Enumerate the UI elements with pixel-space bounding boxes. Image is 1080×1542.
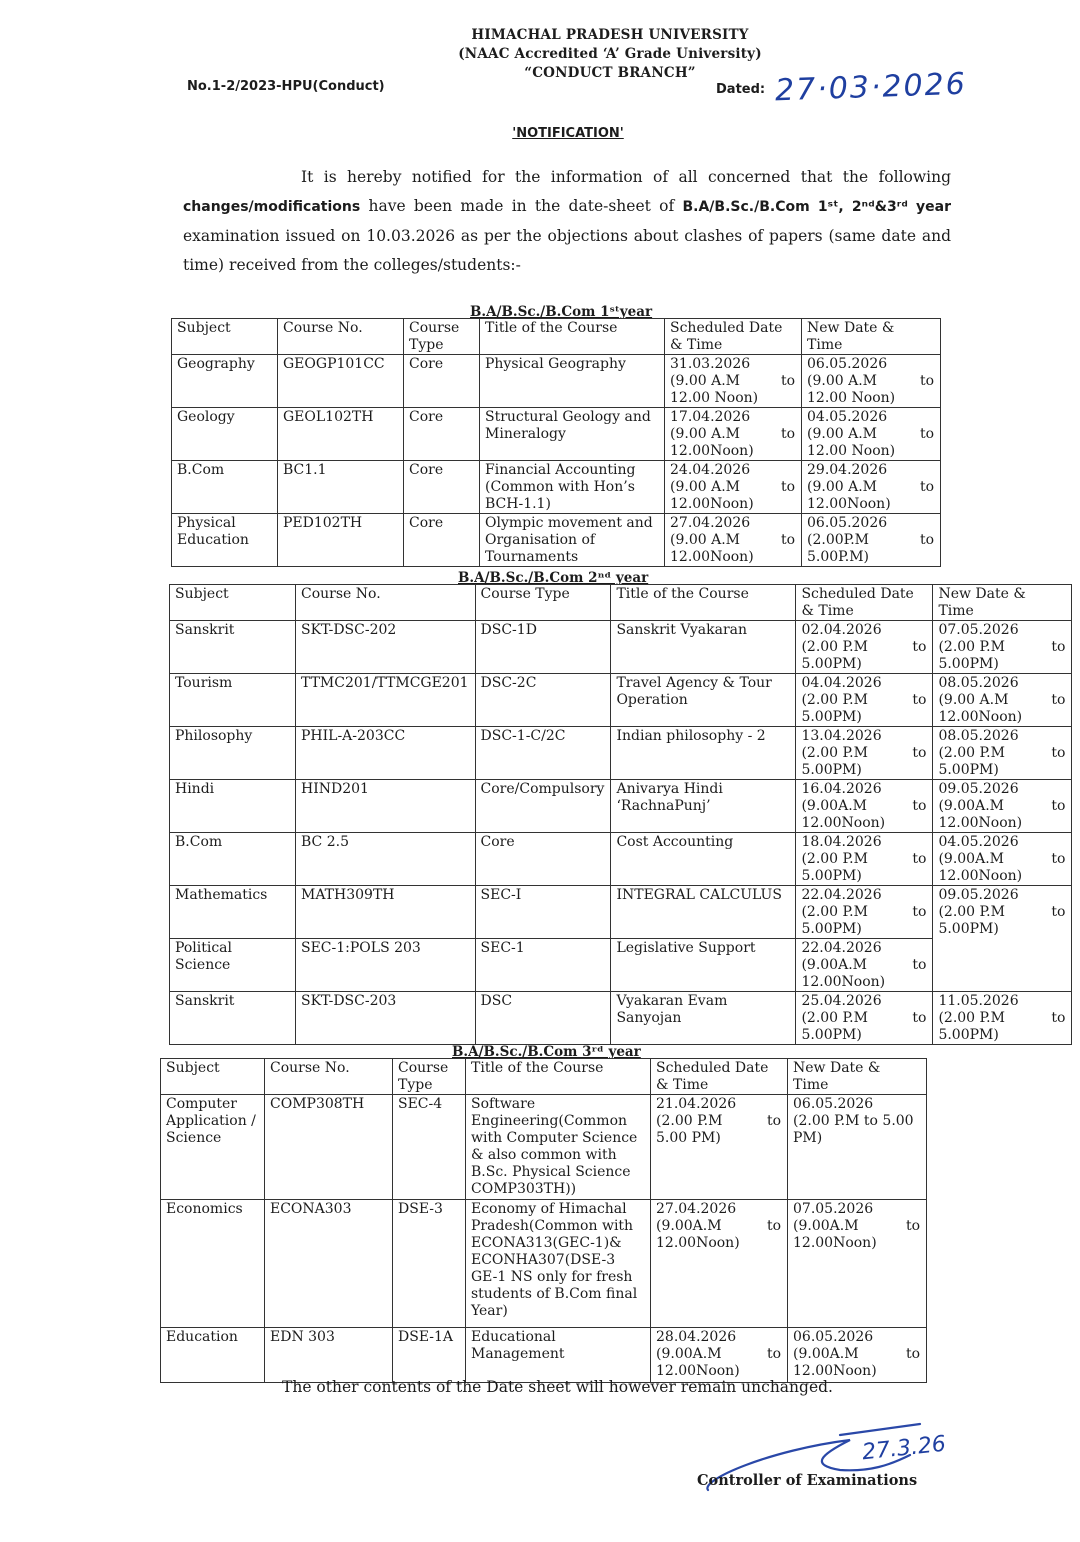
new-date-cell: 08.05.2026(2.00 P.Mto5.00PM)	[933, 727, 1072, 780]
course-title-cell: Physical Geography	[480, 355, 665, 408]
course-title-cell: Software Engineering(Common with Compute…	[466, 1095, 651, 1200]
subject-cell: Computer Application / Science	[161, 1095, 265, 1200]
date-value: 31.03.2026	[670, 356, 795, 373]
course-title-cell: Anivarya Hindi ‘RachnaPunj’	[611, 780, 796, 833]
new-date-cell: 11.05.2026(2.00 P.Mto5.00PM)	[933, 992, 1072, 1045]
course-type-cell: DSE-1A	[393, 1328, 466, 1383]
time-end: 12.00Noon)	[670, 443, 795, 460]
time-range: (9.00 A.Mto	[807, 426, 934, 443]
time-range: (2.00P.Mto	[807, 532, 934, 549]
course-type-cell: DSE-3	[393, 1200, 466, 1328]
column-header: New Date & Time	[933, 585, 1072, 621]
course-title-cell: Financial Accounting (Common with Hon’s …	[480, 461, 665, 514]
subject-cell: B.Com	[172, 461, 278, 514]
signatory-designation: Controller of Examinations	[697, 1472, 917, 1489]
table-row: GeologyGEOL102THCoreStructural Geology a…	[172, 408, 941, 461]
course-no-cell: SKT-DSC-202	[296, 621, 476, 674]
time-end: 12.00Noon)	[793, 1235, 920, 1252]
date-value: 09.05.2026	[938, 887, 1065, 904]
footer-note: The other contents of the Date sheet wil…	[282, 1378, 833, 1396]
time-end: 12.00Noon)	[807, 496, 934, 513]
scheduled-date-cell: 24.04.2026(9.00 A.Mto12.00Noon)	[665, 461, 802, 514]
new-date-cell: 29.04.2026(9.00 A.Mto12.00Noon)	[802, 461, 941, 514]
accreditation: (NAAC Accredited ‘A’ Grade University)	[140, 45, 1080, 64]
time-end: 5.00P.M)	[807, 549, 934, 566]
new-date-cell: 06.05.2026(2.00P.Mto5.00P.M)	[802, 514, 941, 567]
scheduled-date-cell: 13.04.2026(2.00 P.Mto5.00PM)	[796, 727, 933, 780]
time-range: (2.00 P.Mto	[801, 745, 926, 762]
date-value: 22.04.2026	[801, 940, 926, 957]
time-end: 12.00 Noon)	[807, 443, 934, 460]
new-date-cell: 08.05.2026(9.00 A.Mto12.00Noon)	[933, 674, 1072, 727]
course-no-cell: GEOL102TH	[278, 408, 404, 461]
course-no-cell: PED102TH	[278, 514, 404, 567]
scheduled-date-cell: 27.04.2026(9.00 A.Mto12.00Noon)	[665, 514, 802, 567]
date-value: 07.05.2026	[793, 1201, 920, 1218]
date-value: 21.04.2026	[656, 1096, 781, 1113]
date-sheet-table: SubjectCourse No.Course TypeTitle of the…	[160, 1058, 927, 1383]
date-value: 06.05.2026	[793, 1329, 920, 1346]
subject-cell: Hindi	[170, 780, 296, 833]
new-date-cell: 06.05.2026(2.00 P.M to 5.00 PM)	[788, 1095, 927, 1200]
new-date-cell: 09.05.2026(9.00A.Mto12.00Noon)	[933, 780, 1072, 833]
time-range: (9.00A.Mto	[801, 957, 926, 974]
time-range: (9.00 A.Mto	[807, 479, 934, 496]
date-value: 29.04.2026	[807, 462, 934, 479]
new-date-cell: 09.05.2026(2.00 P.Mto5.00PM)	[933, 886, 1072, 992]
course-type-cell: DSC-2C	[475, 674, 611, 727]
date-value: 06.05.2026	[793, 1096, 920, 1113]
date-sheet-table: SubjectCourse No.Course TypeTitle of the…	[171, 318, 941, 567]
time-end: 12.00Noon)	[656, 1235, 781, 1252]
course-type-cell: DSC-1D	[475, 621, 611, 674]
time-range: (9.00A.Mto	[793, 1218, 920, 1235]
table-row: Computer Application / ScienceCOMP308THS…	[161, 1095, 927, 1200]
course-title-cell: Indian philosophy - 2	[611, 727, 796, 780]
time-range: (9.00A.Mto	[656, 1346, 781, 1363]
time-end: 12.00Noon)	[670, 549, 795, 566]
notification-title: 'NOTIFICATION'	[0, 126, 1080, 141]
column-header: Subject	[161, 1059, 265, 1095]
scheduled-date-cell: 16.04.2026(9.00A.Mto12.00Noon)	[796, 780, 933, 833]
time-range: (9.00 A.Mto	[670, 426, 795, 443]
column-header: Course Type	[393, 1059, 466, 1095]
time-range: (2.00 P.Mto	[938, 745, 1065, 762]
course-title-cell: Educational Management	[466, 1328, 651, 1383]
new-date-cell: 07.05.2026(2.00 P.Mto5.00PM)	[933, 621, 1072, 674]
intro-paragraph: It is hereby notified for the informatio…	[183, 163, 951, 280]
course-title-cell: Travel Agency & Tour Operation	[611, 674, 796, 727]
time-range: (2.00 P.Mto	[801, 904, 926, 921]
subject-cell: Sanskrit	[170, 621, 296, 674]
column-header: Scheduled Date & Time	[651, 1059, 788, 1095]
time-range: (2.00 P.Mto	[801, 639, 926, 656]
column-header: Subject	[170, 585, 296, 621]
column-header: New Date & Time	[802, 319, 941, 355]
time-end: 5.00PM)	[801, 868, 926, 885]
time-end: 12.00Noon)	[938, 815, 1065, 832]
time-end: 5.00PM)	[801, 921, 926, 938]
column-header: Course Type	[404, 319, 480, 355]
time-range: (9.00 A.Mto	[670, 532, 795, 549]
time-range: (2.00 P.Mto	[938, 1010, 1065, 1027]
time-end: 12.00Noon)	[938, 709, 1065, 726]
table-row: GeographyGEOGP101CCCorePhysical Geograph…	[172, 355, 941, 408]
course-no-cell: PHIL-A-203CC	[296, 727, 476, 780]
column-header: Scheduled Date & Time	[796, 585, 933, 621]
date-value: 27.04.2026	[670, 515, 795, 532]
course-type-cell: Core	[404, 514, 480, 567]
course-no-cell: SKT-DSC-203	[296, 992, 476, 1045]
date-value: 27.04.2026	[656, 1201, 781, 1218]
date-value: 09.05.2026	[938, 781, 1065, 798]
column-header: Subject	[172, 319, 278, 355]
university-name: HIMACHAL PRADESH UNIVERSITY	[140, 26, 1080, 45]
course-type-cell: DSC-1-C/2C	[475, 727, 611, 780]
date-value: 06.05.2026	[807, 356, 934, 373]
time-end: 5.00PM)	[801, 709, 926, 726]
course-no-cell: TTMC201/TTMCGE201	[296, 674, 476, 727]
column-header: Course No.	[265, 1059, 393, 1095]
course-title-cell: Sanskrit Vyakaran	[611, 621, 796, 674]
subject-cell: Education	[161, 1328, 265, 1383]
course-type-cell: Core	[404, 461, 480, 514]
column-header: Course No.	[296, 585, 476, 621]
scheduled-date-cell: 18.04.2026(2.00 P.Mto5.00PM)	[796, 833, 933, 886]
intro-text: have been made in the date-sheet of	[360, 197, 682, 215]
time-end: 12.00 Noon)	[807, 390, 934, 407]
subject-cell: Economics	[161, 1200, 265, 1328]
column-header: Scheduled Date & Time	[665, 319, 802, 355]
course-title-cell: INTEGRAL CALCULUS	[611, 886, 796, 939]
new-date-cell: 04.05.2026(9.00 A.Mto12.00 Noon)	[802, 408, 941, 461]
course-no-cell: HIND201	[296, 780, 476, 833]
course-title-cell: Vyakaran Evam Sanyojan	[611, 992, 796, 1045]
subject-cell: Political Science	[170, 939, 296, 992]
date-value: 04.05.2026	[938, 834, 1065, 851]
time-end: 5.00PM)	[938, 656, 1065, 673]
date-value: 08.05.2026	[938, 728, 1065, 745]
date-value: 18.04.2026	[801, 834, 926, 851]
table-row: Physical EducationPED102THCoreOlympic mo…	[172, 514, 941, 567]
time-end: 5.00PM)	[801, 1027, 926, 1044]
date-value: 24.04.2026	[670, 462, 795, 479]
new-date-cell: 06.05.2026(9.00 A.Mto12.00 Noon)	[802, 355, 941, 408]
time-end: 12.00Noon)	[938, 868, 1065, 885]
time-range: (9.00A.Mto	[938, 798, 1065, 815]
course-type-cell: SEC-1	[475, 939, 611, 992]
course-type-cell: SEC-4	[393, 1095, 466, 1200]
table-row: TourismTTMC201/TTMCGE201DSC-2CTravel Age…	[170, 674, 1072, 727]
table-row: B.ComBC 2.5CoreCost Accounting18.04.2026…	[170, 833, 1072, 886]
course-title-cell: Legislative Support	[611, 939, 796, 992]
subject-cell: Tourism	[170, 674, 296, 727]
time-range: (2.00 P.Mto	[801, 851, 926, 868]
course-title-cell: Olympic movement and Organisation of Tou…	[480, 514, 665, 567]
time-end: 12.00Noon)	[670, 496, 795, 513]
table-row: EducationEDN 303DSE-1AEducational Manage…	[161, 1328, 927, 1383]
handwritten-date: 27·03·2026	[774, 67, 967, 109]
time-range: (9.00A.Mto	[938, 851, 1065, 868]
subject-cell: Philosophy	[170, 727, 296, 780]
date-value: 02.04.2026	[801, 622, 926, 639]
date-value: 11.05.2026	[938, 993, 1065, 1010]
time-end: 5.00PM)	[938, 921, 1065, 938]
table-header-row: SubjectCourse No.Course TypeTitle of the…	[172, 319, 941, 355]
date-value: 17.04.2026	[670, 409, 795, 426]
date-value: 04.05.2026	[807, 409, 934, 426]
course-no-cell: BC1.1	[278, 461, 404, 514]
column-header: Title of the Course	[480, 319, 665, 355]
intro-bold: B.A/B.Sc./B.Com 1ˢᵗ, 2ⁿᵈ&3ʳᵈ year	[682, 199, 951, 215]
time-range: (9.00 A.Mto	[938, 692, 1065, 709]
course-no-cell: GEOGP101CC	[278, 355, 404, 408]
intro-text: examination issued on 10.03.2026 as per …	[183, 227, 951, 274]
course-type-cell: Core/Compulsory	[475, 780, 611, 833]
time-end: 5.00PM)	[938, 1027, 1065, 1044]
table-row: SanskritSKT-DSC-202DSC-1DSanskrit Vyakar…	[170, 621, 1072, 674]
scheduled-date-cell: 28.04.2026(9.00A.Mto12.00Noon)	[651, 1328, 788, 1383]
column-header: New Date & Time	[788, 1059, 927, 1095]
time-end: 5.00PM)	[801, 656, 926, 673]
scheduled-date-cell: 31.03.2026(9.00 A.Mto12.00 Noon)	[665, 355, 802, 408]
time-end: 5.00PM)	[938, 762, 1065, 779]
course-type-cell: Core	[404, 408, 480, 461]
subject-cell: Mathematics	[170, 886, 296, 939]
date-value: 16.04.2026	[801, 781, 926, 798]
course-no-cell: EDN 303	[265, 1328, 393, 1383]
date-value: 07.05.2026	[938, 622, 1065, 639]
date-value: 22.04.2026	[801, 887, 926, 904]
time-range: (9.00A.Mto	[793, 1346, 920, 1363]
time-end: 12.00 Noon)	[670, 390, 795, 407]
time-end: 12.00Noon)	[801, 974, 926, 991]
new-date-cell: 06.05.2026(9.00A.Mto12.00Noon)	[788, 1328, 927, 1383]
column-header: Course No.	[278, 319, 404, 355]
time-range: (2.00 P.Mto	[801, 692, 926, 709]
table-row: MathematicsMATH309THSEC-IINTEGRAL CALCUL…	[170, 886, 1072, 939]
subject-cell: Sanskrit	[170, 992, 296, 1045]
scheduled-date-cell: 17.04.2026(9.00 A.Mto12.00Noon)	[665, 408, 802, 461]
course-type-cell: DSC	[475, 992, 611, 1045]
table-row: PhilosophyPHIL-A-203CCDSC-1-C/2CIndian p…	[170, 727, 1072, 780]
time-range: (9.00 A.Mto	[807, 373, 934, 390]
scheduled-date-cell: 22.04.2026(2.00 P.Mto5.00PM)	[796, 886, 933, 939]
intro-bold: changes/modifications	[183, 199, 360, 215]
reference-number: No.1-2/2023-HPU(Conduct)	[187, 79, 385, 94]
time-end: 5.00PM)	[801, 762, 926, 779]
date-value: 06.05.2026	[807, 515, 934, 532]
time-range: (2.00 P.Mto	[656, 1113, 781, 1130]
date-value: 28.04.2026	[656, 1329, 781, 1346]
time-range: (9.00 A.Mto	[670, 479, 795, 496]
subject-cell: B.Com	[170, 833, 296, 886]
course-no-cell: ECONA303	[265, 1200, 393, 1328]
table-row: EconomicsECONA303DSE-3Economy of Himacha…	[161, 1200, 927, 1328]
scheduled-date-cell: 21.04.2026(2.00 P.Mto5.00 PM)	[651, 1095, 788, 1200]
date-value: 13.04.2026	[801, 728, 926, 745]
course-title-cell: Structural Geology and Mineralogy	[480, 408, 665, 461]
new-date-cell: 07.05.2026(9.00A.Mto12.00Noon)	[788, 1200, 927, 1328]
table-row: SanskritSKT-DSC-203DSCVyakaran Evam Sany…	[170, 992, 1072, 1045]
date-value: 08.05.2026	[938, 675, 1065, 692]
subject-cell: Physical Education	[172, 514, 278, 567]
time-range: (2.00 P.M to 5.00 PM)	[793, 1113, 920, 1147]
scheduled-date-cell: 22.04.2026(9.00A.Mto12.00Noon)	[796, 939, 933, 992]
time-range: (9.00A.Mto	[656, 1218, 781, 1235]
table-header-row: SubjectCourse No.Course TypeTitle of the…	[161, 1059, 927, 1095]
table-row: B.ComBC1.1CoreFinancial Accounting (Comm…	[172, 461, 941, 514]
date-value: 25.04.2026	[801, 993, 926, 1010]
date-sheet-table: SubjectCourse No.Course TypeTitle of the…	[169, 584, 1072, 1045]
course-type-cell: SEC-I	[475, 886, 611, 939]
course-no-cell: SEC-1:POLS 203	[296, 939, 476, 992]
dated-label: Dated:	[716, 82, 765, 97]
time-range: (2.00 P.Mto	[801, 1010, 926, 1027]
time-range: (9.00 A.Mto	[670, 373, 795, 390]
scheduled-date-cell: 04.04.2026(2.00 P.Mto5.00PM)	[796, 674, 933, 727]
date-value: 04.04.2026	[801, 675, 926, 692]
course-title-cell: Economy of Himachal Pradesh(Common with …	[466, 1200, 651, 1328]
subject-cell: Geology	[172, 408, 278, 461]
scheduled-date-cell: 27.04.2026(9.00A.Mto12.00Noon)	[651, 1200, 788, 1328]
subject-cell: Geography	[172, 355, 278, 408]
course-type-cell: Core	[475, 833, 611, 886]
time-range: (9.00A.Mto	[801, 798, 926, 815]
time-range: (2.00 P.Mto	[938, 904, 1065, 921]
column-header: Title of the Course	[466, 1059, 651, 1095]
scheduled-date-cell: 25.04.2026(2.00 P.Mto5.00PM)	[796, 992, 933, 1045]
time-end: 5.00 PM)	[656, 1130, 781, 1147]
table-header-row: SubjectCourse No.Course TypeTitle of the…	[170, 585, 1072, 621]
course-no-cell: MATH309TH	[296, 886, 476, 939]
intro-text: It is hereby notified for the informatio…	[301, 168, 951, 186]
column-header: Course Type	[475, 585, 611, 621]
time-end: 12.00Noon)	[801, 815, 926, 832]
time-range: (2.00 P.Mto	[938, 639, 1065, 656]
column-header: Title of the Course	[611, 585, 796, 621]
scheduled-date-cell: 02.04.2026(2.00 P.Mto5.00PM)	[796, 621, 933, 674]
course-no-cell: BC 2.5	[296, 833, 476, 886]
course-title-cell: Cost Accounting	[611, 833, 796, 886]
course-no-cell: COMP308TH	[265, 1095, 393, 1200]
course-type-cell: Core	[404, 355, 480, 408]
new-date-cell: 04.05.2026(9.00A.Mto12.00Noon)	[933, 833, 1072, 886]
table-row: HindiHIND201Core/CompulsoryAnivarya Hind…	[170, 780, 1072, 833]
